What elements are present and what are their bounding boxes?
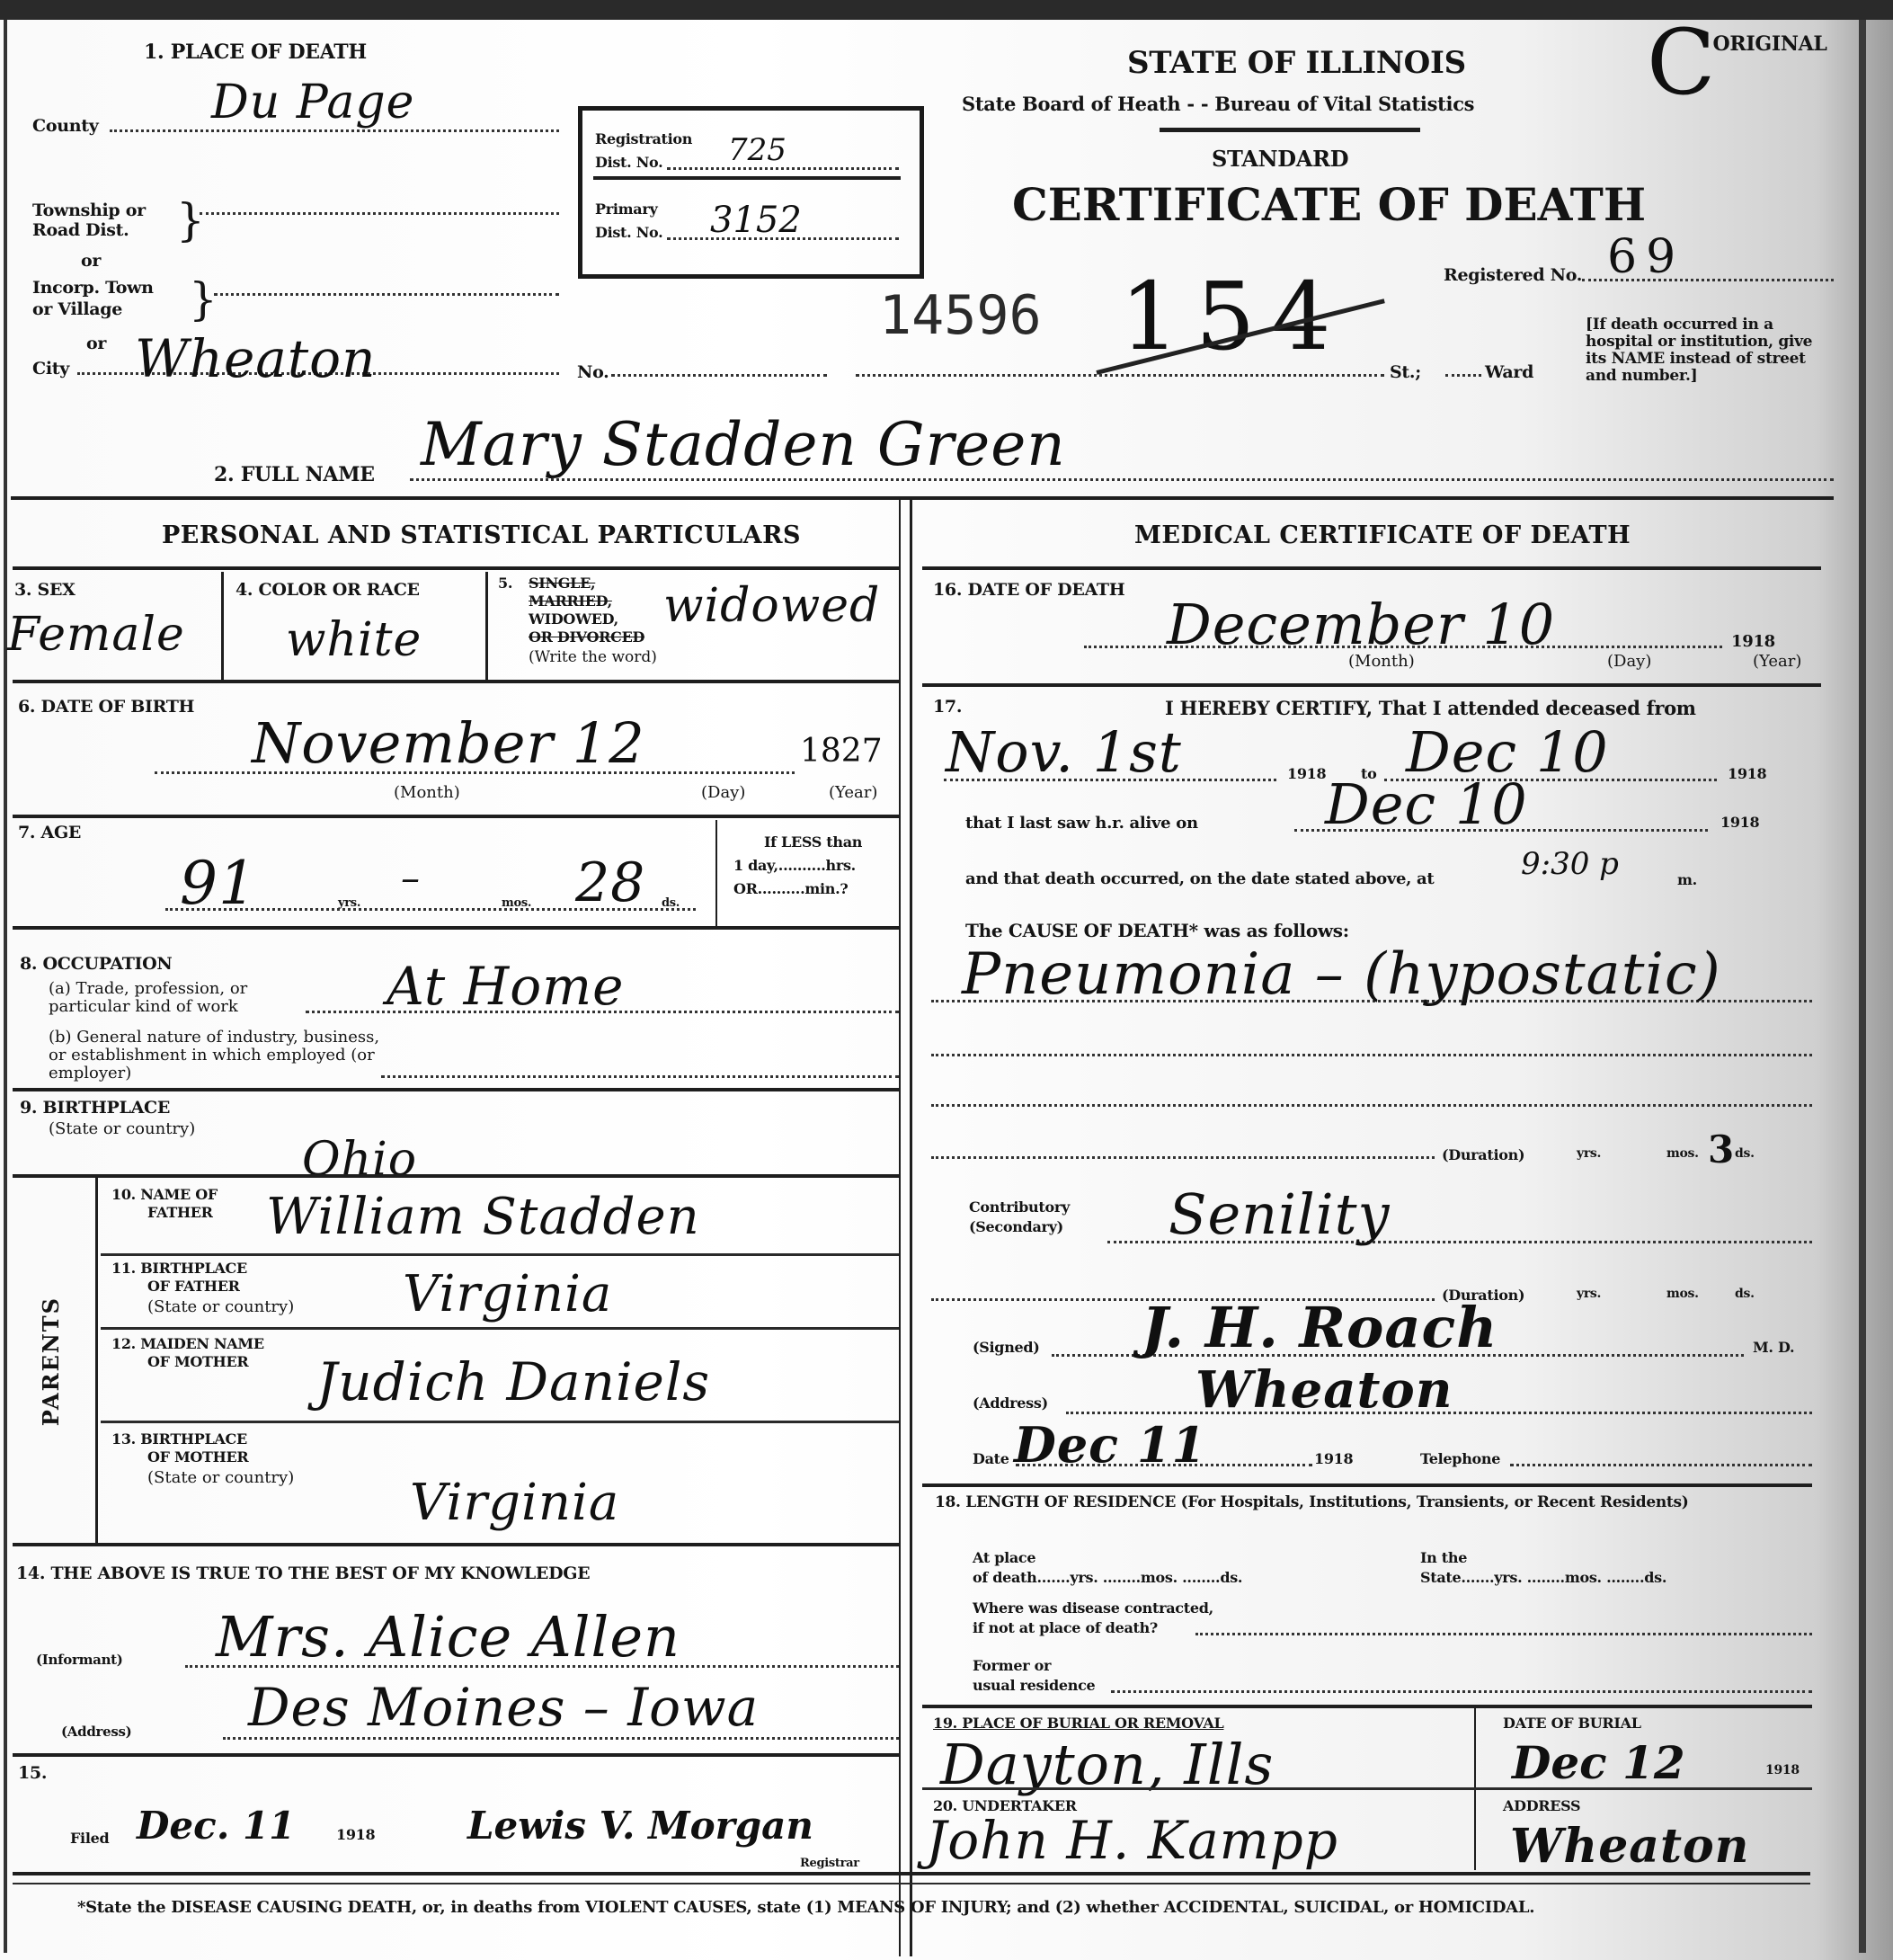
- occurred-text: and that death occurred, on the date sta…: [965, 870, 1434, 888]
- mos-label: mos.: [502, 897, 531, 911]
- age-years: 91: [180, 854, 257, 913]
- full-name-label: 2. FULL NAME: [214, 464, 375, 486]
- attended-from-value: Nov. 1st: [946, 725, 1182, 780]
- birthplace-bottom-rule: [13, 1174, 899, 1178]
- filed-date-value: Dec. 11: [137, 1807, 295, 1845]
- contrib-value: Senility: [1169, 1187, 1391, 1243]
- dod-year-hint: (Year): [1753, 653, 1801, 671]
- doctor-address-label: (Address): [973, 1395, 1048, 1412]
- father-bp-rule: [101, 1327, 899, 1330]
- cause-dotline-4: [931, 1156, 1435, 1159]
- or-label-2: or: [86, 334, 106, 353]
- dod-bottom-rule: [922, 683, 1821, 687]
- age-bottom-rule: [13, 926, 899, 930]
- dob-bottom-rule: [13, 815, 899, 818]
- father-bp-hint: (State or country): [147, 1298, 294, 1316]
- less-than-line-2: 1 day,..........hrs.: [733, 858, 856, 874]
- m-label: m.: [1677, 872, 1697, 888]
- personal-section-title: PERSONAL AND STATISTICAL PARTICULARS: [162, 521, 801, 549]
- cause-label: The CAUSE OF DEATH* was as follows:: [965, 921, 1349, 940]
- filed-year: 1918: [336, 1827, 375, 1843]
- town-label-1: Incorp. Town: [32, 279, 154, 298]
- father-name-label-2: FATHER: [147, 1205, 213, 1221]
- attended-from-year: 1918: [1287, 766, 1326, 782]
- filed-label: Filed: [70, 1831, 109, 1847]
- former-residence-dotline: [1111, 1690, 1812, 1693]
- reg-dist-label-1: Registration: [595, 131, 692, 147]
- age-days: 28: [575, 856, 645, 910]
- burial-place-value: Dayton, Ills: [940, 1737, 1274, 1793]
- informant-address-hint: (Address): [61, 1724, 131, 1740]
- age-less-divider: [715, 820, 717, 926]
- residence-bottom-rule: [922, 1705, 1812, 1708]
- at-place-label-2: of death.......yrs. ........mos. .......…: [973, 1570, 1242, 1586]
- contrib-label-2: (Secondary): [969, 1219, 1063, 1235]
- original-c-glyph: C: [1647, 10, 1717, 115]
- standard-label: STANDARD: [1212, 147, 1348, 171]
- original-text: ORIGINAL: [1713, 32, 1827, 56]
- informant-hint: (Informant): [36, 1653, 123, 1668]
- dod-day-hint: (Day): [1607, 653, 1651, 671]
- cert-date-year: 1918: [1314, 1451, 1353, 1467]
- md-label: M. D.: [1753, 1340, 1794, 1356]
- reg-box-divider: [593, 176, 901, 180]
- county-label: County: [32, 117, 98, 136]
- occupation-b-text: (b) General nature of industry, business…: [49, 1029, 390, 1082]
- cause-dotline-2: [931, 1054, 1812, 1056]
- marital-option-divorced: OR DIVORCED: [529, 629, 644, 646]
- certify-num: 17.: [933, 698, 962, 717]
- father-name-rule: [101, 1253, 899, 1256]
- reg-dist-label-2: Dist. No.: [595, 155, 662, 171]
- street-no-dotline: [611, 374, 827, 377]
- registered-no-label: Registered No.: [1444, 266, 1582, 285]
- or-label-1: or: [81, 252, 101, 271]
- medical-title-rule: [922, 566, 1821, 570]
- cause-dotline-3: [931, 1104, 1812, 1107]
- cert-date-label: Date: [973, 1451, 1009, 1467]
- burial-rule: [922, 1787, 1812, 1790]
- mother-bp-label-1: 13. BIRTHPLACE: [111, 1431, 247, 1448]
- undertaker-value: John H. Kampp: [926, 1814, 1338, 1866]
- registered-no-value: 69: [1607, 234, 1684, 281]
- signed-label: (Signed): [973, 1340, 1040, 1356]
- occupation-label: 8. OCCUPATION: [20, 955, 172, 974]
- age-months: –: [401, 860, 420, 897]
- last-saw-text: that I last saw h.r. alive on: [965, 815, 1198, 833]
- footer-rule-2: [13, 1883, 1810, 1884]
- duration-label-1: (Duration): [1442, 1147, 1524, 1163]
- former-residence-label-2: usual residence: [973, 1678, 1095, 1694]
- duration-mos-2: mos.: [1666, 1287, 1699, 1302]
- state-title: STATE OF ILLINOIS: [1127, 47, 1466, 80]
- dob-day-hint: (Day): [701, 784, 745, 802]
- marital-option-married: MARRIED,: [529, 593, 612, 610]
- registrar-value: Lewis V. Morgan: [467, 1807, 813, 1845]
- race-marital-divider: [485, 572, 488, 680]
- certificate-title: CERTIFICATE OF DEATH: [1012, 180, 1646, 229]
- former-residence-label-1: Former or: [973, 1658, 1051, 1674]
- mother-bp-label-2: OF MOTHER: [147, 1449, 248, 1466]
- street-dotline: [856, 374, 1384, 377]
- dob-year: 1827: [800, 735, 883, 768]
- township-dotline: [200, 212, 559, 215]
- header-rule: [1160, 128, 1420, 132]
- last-saw-value: Dec 10: [1325, 777, 1528, 833]
- ward-label: Ward: [1485, 363, 1533, 382]
- parents-bottom-rule: [13, 1543, 899, 1546]
- in-state-label-2: State.......yrs. ........mos. ........ds…: [1420, 1570, 1666, 1586]
- occupation-b-dotline: [381, 1075, 899, 1078]
- city-label: City: [32, 360, 69, 379]
- dob-value: November 12: [252, 716, 645, 771]
- telephone-label: Telephone: [1420, 1451, 1500, 1467]
- original-mark: CORIGINAL: [1647, 18, 1831, 108]
- father-name-value: William Stadden: [266, 1192, 700, 1243]
- full-name-value: Mary Stadden Green: [421, 415, 1066, 475]
- town-label-2: or Village: [32, 300, 122, 319]
- burial-date-value: Dec 12: [1512, 1741, 1685, 1786]
- birthplace-hint: (State or country): [49, 1120, 195, 1138]
- city-value: Wheaton: [135, 333, 376, 385]
- mother-bp-hint: (State or country): [147, 1469, 294, 1487]
- marital-option-single: SINGLE,: [529, 575, 595, 592]
- occupation-value: At Home: [387, 960, 624, 1012]
- mother-bp-value: Virginia: [410, 1478, 619, 1528]
- race-value: white: [286, 617, 422, 664]
- duration-yrs-2: yrs.: [1577, 1287, 1601, 1302]
- dod-label: 16. DATE OF DEATH: [933, 581, 1124, 600]
- street-label: St.;: [1390, 363, 1421, 382]
- duration-days-value: 3: [1708, 1131, 1734, 1169]
- place-of-death-label: 1. PLACE OF DEATH: [144, 41, 367, 63]
- dob-year-hint: (Year): [829, 784, 877, 802]
- full-name-bottom-rule: [11, 496, 1834, 500]
- duration-mos-1: mos.: [1666, 1147, 1699, 1162]
- township-brace: }: [176, 198, 205, 243]
- parents-side-label: PARENTS: [40, 1296, 63, 1426]
- burial-date-label: DATE OF BURIAL: [1503, 1715, 1641, 1732]
- marital-option-widowed: WIDOWED,: [529, 611, 618, 628]
- street-no-label: No.: [577, 363, 609, 382]
- personal-title-rule: [13, 566, 899, 570]
- hospital-note: [If death occurred in a hospital or inst…: [1586, 316, 1826, 385]
- reg-dist-value: 725: [728, 135, 787, 165]
- filed-num: 15.: [18, 1764, 47, 1783]
- burial-place-label: 19. PLACE OF BURIAL OR REMOVAL: [933, 1715, 1223, 1732]
- informant-bottom-rule: [13, 1753, 899, 1757]
- column-divider: [910, 500, 912, 1956]
- dod-year: 1918: [1731, 633, 1775, 651]
- race-label: 4. COLOR OR RACE: [236, 581, 420, 600]
- county-dotline: [110, 129, 559, 132]
- sex-value: Female: [7, 611, 185, 658]
- telephone-dotline: [1510, 1464, 1812, 1466]
- dob-month-hint: (Month): [394, 784, 460, 802]
- informant-value: Mrs. Alice Allen: [216, 1609, 680, 1665]
- mother-name-rule: [101, 1421, 899, 1423]
- contracted-label-2: if not at place of death?: [973, 1620, 1158, 1636]
- duration-yrs-1: yrs.: [1577, 1147, 1601, 1162]
- father-bp-label-2: OF FATHER: [147, 1278, 240, 1295]
- undertaker-address-value: Wheaton: [1510, 1823, 1750, 1870]
- marital-value: widowed: [663, 583, 880, 629]
- sex-label: 3. SEX: [14, 581, 76, 600]
- dod-month-hint: (Month): [1348, 653, 1415, 671]
- parents-divider: [95, 1178, 98, 1543]
- registrar-label: Registrar: [800, 1858, 859, 1871]
- less-than-line-3: OR..........min.?: [733, 881, 848, 897]
- township-label-2: Road Dist.: [32, 221, 129, 240]
- primary-dist-label-2: Dist. No.: [595, 225, 662, 241]
- scan-top-border: [0, 0, 1893, 20]
- attended-to-year: 1918: [1728, 766, 1766, 782]
- last-saw-year: 1918: [1720, 815, 1759, 831]
- row5-bottom-rule: [13, 680, 899, 683]
- column-divider-inner: [899, 500, 901, 1956]
- doctor-address-value: Wheaton: [1195, 1365, 1453, 1415]
- duration-ds-2: ds.: [1735, 1287, 1755, 1302]
- informant-address-value: Des Moines – Iowa: [248, 1681, 759, 1733]
- ds-label: ds.: [662, 897, 680, 911]
- father-bp-label-1: 11. BIRTHPLACE: [111, 1261, 247, 1277]
- stamp-number: 14596: [879, 284, 1042, 347]
- mother-name-label-1: 12. MAIDEN NAME: [111, 1336, 264, 1352]
- primary-dist-value: 3152: [710, 202, 802, 238]
- medical-section-title: MEDICAL CERTIFICATE OF DEATH: [1134, 521, 1631, 549]
- contracted-dotline: [1195, 1633, 1812, 1635]
- ward-dotline: [1445, 374, 1481, 377]
- dob-label: 6. DATE OF BIRTH: [18, 698, 194, 717]
- board-subtitle: State Board of Heath - - Bureau of Vital…: [962, 94, 1474, 114]
- footnote-text: *State the DISEASE CAUSING DEATH, or, in…: [77, 1899, 1534, 1917]
- occupation-a-text: (a) Trade, profession, or particular kin…: [49, 980, 318, 1016]
- father-name-label-1: 10. NAME OF: [111, 1187, 218, 1203]
- cause-value: Pneumonia – (hypostatic): [962, 946, 1721, 1003]
- occurred-time: 9:30 p: [1521, 849, 1619, 879]
- scan-left-border: [4, 20, 7, 1953]
- sex-race-divider: [221, 572, 224, 680]
- in-state-label-1: In the: [1420, 1550, 1467, 1566]
- at-place-label-1: At place: [973, 1550, 1035, 1566]
- scan-right-border: [1859, 20, 1866, 1953]
- father-bp-value: Virginia: [403, 1270, 612, 1320]
- town-brace: }: [189, 277, 218, 322]
- town-dotline: [214, 293, 559, 296]
- undertaker-address-label: ADDRESS: [1503, 1798, 1580, 1814]
- certify-text: I HEREBY CERTIFY, That I attended deceas…: [1165, 698, 1696, 718]
- cert-date-value: Dec 11: [1014, 1421, 1206, 1469]
- mother-name-label-2: OF MOTHER: [147, 1354, 248, 1370]
- informant-statement: 14. THE ABOVE IS TRUE TO THE BEST OF MY …: [16, 1564, 590, 1583]
- duration-ds-1: ds.: [1735, 1147, 1755, 1162]
- signed-value: J. H. Roach: [1142, 1300, 1498, 1356]
- mother-name-value: Judich Daniels: [316, 1356, 710, 1408]
- residence-label: 18. LENGTH OF RESIDENCE (For Hospitals, …: [935, 1494, 1816, 1511]
- birthplace-label: 9. BIRTHPLACE: [20, 1099, 170, 1118]
- marital-hint: (Write the word): [529, 649, 657, 666]
- yrs-label: yrs.: [338, 897, 360, 911]
- contracted-label-1: Where was disease contracted,: [973, 1600, 1213, 1617]
- occupation-bottom-rule: [13, 1088, 899, 1091]
- contrib-label-1: Contributory: [969, 1199, 1070, 1216]
- county-value: Du Page: [211, 79, 414, 126]
- less-than-line-1: If LESS than: [764, 834, 862, 851]
- medical-bottom-rule: [922, 1483, 1812, 1487]
- primary-dist-label-1: Primary: [595, 201, 657, 218]
- footer-rule-1: [13, 1872, 1810, 1875]
- marital-num: 5.: [498, 575, 512, 592]
- township-label-1: Township or: [32, 201, 146, 220]
- dod-value: December 10: [1167, 597, 1555, 653]
- burial-date-year: 1918: [1765, 1764, 1800, 1778]
- age-label: 7. AGE: [18, 824, 81, 842]
